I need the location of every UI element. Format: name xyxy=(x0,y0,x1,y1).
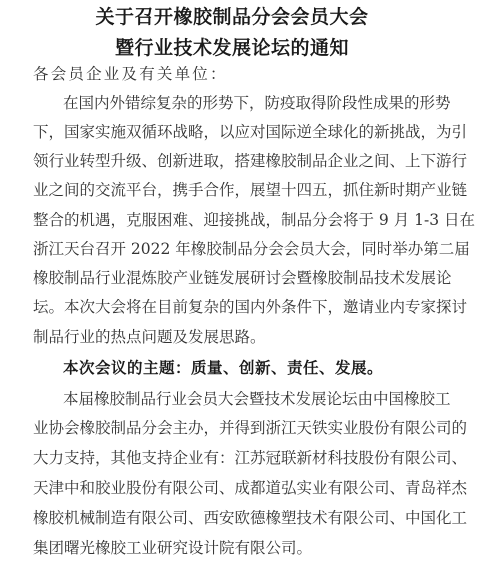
paragraph-line: 领行业转型升级、创新进取，搭建橡胶制品企业之间、上下游行 xyxy=(33,151,447,171)
paragraph-line: 在国内外错综复杂的形势下，防疫取得阶段性成果的形势 xyxy=(63,93,447,113)
paragraph-line: 大力支持，其他支持企业有：江苏冠联新材科技股份有限公司、 xyxy=(33,448,447,468)
document-title-line-1: 关于召开橡胶制品分会会员大会 xyxy=(0,2,464,29)
paragraph-line: 天津中和胶业股份有限公司、成都道弘实业有限公司、青岛祥杰 xyxy=(33,478,447,498)
paragraph-line: 制品行业的热点问题及发展思路。 xyxy=(33,327,447,347)
paragraph-line: 浙江天台召开 2022 年橡胶制品分会会员大会，同时举办第二届 xyxy=(33,239,447,259)
paragraph-line: 业协会橡胶制品分会主办，并得到浙江天铁实业股份有限公司的 xyxy=(33,418,447,438)
paragraph-line: 集团曙光橡胶工业研究设计院有限公司。 xyxy=(33,538,447,558)
paragraph-line: 本届橡胶制品行业会员大会暨技术发展论坛由中国橡胶工 xyxy=(63,389,447,409)
paragraph-line: 坛。本次大会将在目前复杂的国内外条件下，邀请业内专家探讨 xyxy=(33,297,447,317)
document-title-line-2: 暨行业技术发展论坛的通知 xyxy=(0,33,464,60)
paragraph-line: 橡胶机械制造有限公司、西安欧德橡塑技术有限公司、中国化工 xyxy=(33,508,447,528)
paragraph-line: 下，国家实施双循环战略，以应对国际逆全球化的新挑战，为引 xyxy=(33,122,447,142)
paragraph-line: 橡胶制品行业混炼胶产业链发展研讨会暨橡胶制品技术发展论 xyxy=(33,268,447,288)
meeting-theme: 本次会议的主题：质量、创新、责任、发展。 xyxy=(63,358,447,378)
paragraph-line: 业之间的交流平台，携手合作，展望十四五，抓住新时期产业链 xyxy=(33,180,447,200)
salutation: 各会员企业及有关单位： xyxy=(33,64,447,84)
notice-document: 关于召开橡胶制品分会会员大会 暨行业技术发展论坛的通知 各会员企业及有关单位： … xyxy=(0,0,499,572)
paragraph-line: 整合的机遇，克服困难、迎接挑战，制品分会将于 9 月 1-3 日在 xyxy=(33,210,447,230)
